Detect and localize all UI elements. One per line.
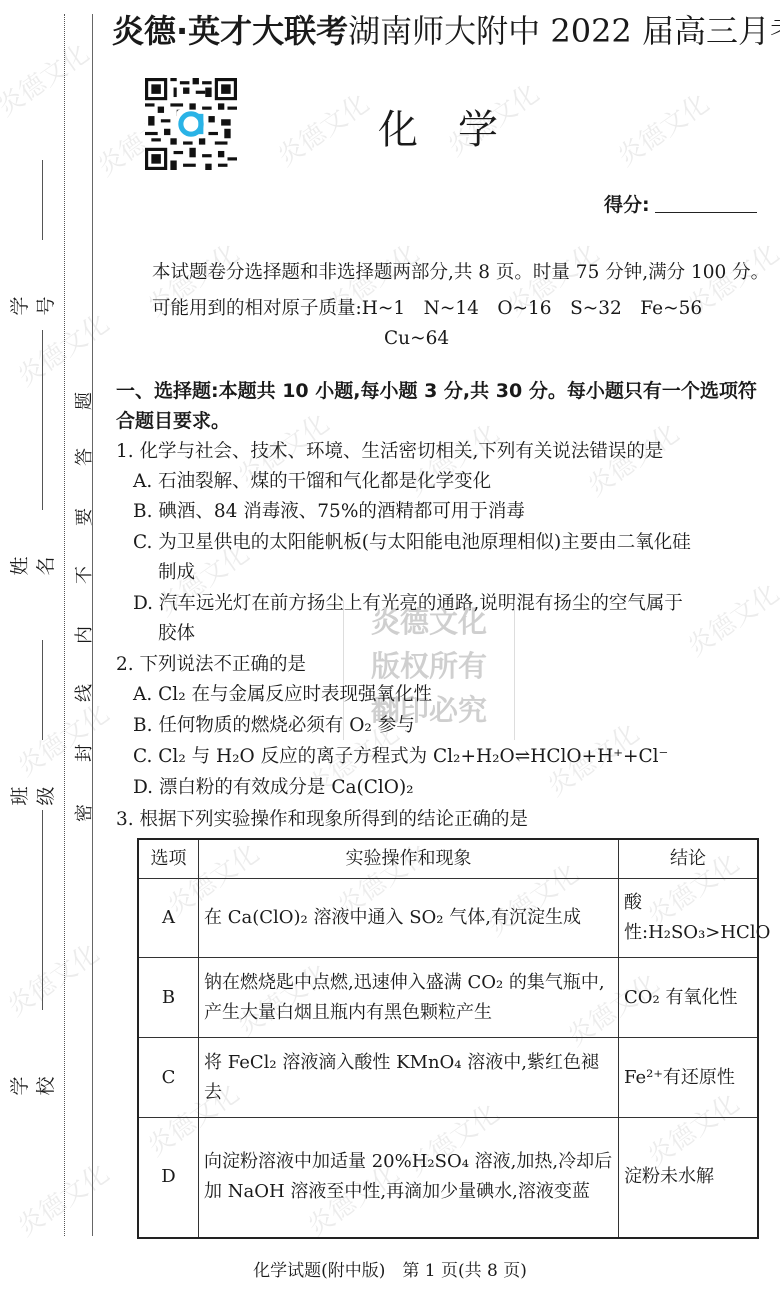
- section-heading-cont: 合题目要求。: [116, 406, 230, 433]
- question-1-option-b[interactable]: B. 碘酒、84 消毒液、75%的酒精都可用于消毒: [133, 497, 525, 523]
- seal-char: 封: [70, 742, 96, 764]
- row-conclusion: 酸性:H₂SO₃>HClO: [619, 879, 759, 958]
- question-2-option-b[interactable]: B. 任何物质的燃烧必须有 O₂ 参与: [133, 711, 415, 737]
- student-id-field-line-2[interactable]: [42, 330, 43, 430]
- dotted-cut-line: [64, 14, 65, 1236]
- exam-title: 炎德·英才大联考湖南师大附中 2022 届高三月考试卷(一): [112, 6, 780, 52]
- table-row[interactable]: D 向淀粉溶液中加适量 20%H₂SO₄ 溶液,加热,冷却后加 NaOH 溶液至…: [138, 1118, 758, 1238]
- seal-char: 不: [70, 564, 96, 586]
- intro-line: 本试题卷分选择题和非选择题两部分,共 8 页。时量 75 分钟,满分 100 分…: [152, 258, 769, 284]
- question-1-option-c[interactable]: C. 为卫星供电的太阳能帆板(与太阳能电池原理相似)主要由二氧化硅: [133, 528, 691, 554]
- table-header-option: 选项: [138, 839, 199, 879]
- watermark-text: 炎德文化: [0, 934, 105, 1024]
- qr-code[interactable]: [145, 78, 237, 170]
- question-2-option-a[interactable]: A. Cl₂ 在与金属反应时表现强氧化性: [133, 680, 432, 706]
- seal-char: 要: [70, 506, 96, 528]
- row-conclusion: 淀粉未水解: [619, 1118, 759, 1238]
- table-header-conclusion: 结论: [619, 839, 759, 879]
- student-id-field-line[interactable]: [42, 160, 43, 240]
- row-conclusion: CO₂ 有氧化性: [619, 958, 759, 1038]
- question-1-stem: 1. 化学与社会、技术、环境、生活密切相关,下列有关说法错误的是: [116, 437, 663, 463]
- row-operation: 将 FeCl₂ 溶液滴入酸性 KMnO₄ 溶液中,紫红色褪去: [199, 1038, 619, 1118]
- row-operation: 向淀粉溶液中加适量 20%H₂SO₄ 溶液,加热,冷却后加 NaOH 溶液至中性…: [199, 1118, 619, 1238]
- seal-char: 题: [70, 390, 96, 412]
- question-1-option-d-cont: 胶体: [158, 619, 195, 645]
- student-id-label: 学号: [20, 280, 46, 332]
- name-field-line[interactable]: [42, 420, 43, 510]
- score-label: 得分:: [604, 190, 650, 217]
- seal-char: 答: [70, 446, 96, 468]
- watermark-line: 炎德文化: [344, 600, 514, 644]
- score-field[interactable]: [655, 212, 757, 213]
- intro-atomic-masses-cont: Cu~64: [384, 328, 449, 349]
- table-header-operation: 实验操作和现象: [199, 839, 619, 879]
- question-2-option-c[interactable]: C. Cl₂ 与 H₂O 反应的离子方程式为 Cl₂+H₂O⇌HClO+H⁺+C…: [133, 742, 668, 768]
- table-row[interactable]: C 将 FeCl₂ 溶液滴入酸性 KMnO₄ 溶液中,紫红色褪去 Fe²⁺有还原…: [138, 1038, 758, 1118]
- table-row[interactable]: A 在 Ca(ClO)₂ 溶液中通入 SO₂ 气体,有沉淀生成 酸性:H₂SO₃…: [138, 879, 758, 958]
- seal-char: 线: [70, 682, 96, 704]
- page-footer: 化学试题(附中版) 第 1 页(共 8 页): [0, 1256, 780, 1281]
- question-1-option-a[interactable]: A. 石油裂解、煤的干馏和气化都是化学变化: [133, 467, 491, 493]
- class-field-line[interactable]: [42, 810, 43, 1010]
- brand-name: 炎德·英才大联考: [112, 12, 348, 50]
- watermark-text: 炎德文化: [679, 574, 780, 664]
- question-2-stem: 2. 下列说法不正确的是: [116, 650, 306, 676]
- question-3-stem: 3. 根据下列实验操作和现象所得到的结论正确的是: [116, 805, 528, 831]
- row-option: C: [138, 1038, 199, 1118]
- row-option: A: [138, 879, 199, 958]
- name-field-line-2[interactable]: [42, 640, 43, 740]
- table-header-row: 选项 实验操作和现象 结论: [138, 839, 758, 879]
- row-operation: 钠在燃烧匙中点燃,迅速伸入盛满 CO₂ 的集气瓶中,产生大量白烟且瓶内有黑色颗粒…: [199, 958, 619, 1038]
- watermark-text: 炎德文化: [609, 84, 715, 174]
- name-label: 姓名: [20, 540, 46, 592]
- row-operation: 在 Ca(ClO)₂ 溶液中通入 SO₂ 气体,有沉淀生成: [199, 879, 619, 958]
- row-option: D: [138, 1118, 199, 1238]
- table-row[interactable]: B 钠在燃烧匙中点燃,迅速伸入盛满 CO₂ 的集气瓶中,产生大量白烟且瓶内有黑色…: [138, 958, 758, 1038]
- question-1-option-c-cont: 制成: [158, 558, 195, 584]
- seal-char: 内: [70, 624, 96, 646]
- subject-title: 化学: [378, 98, 538, 155]
- watermark-text: 炎德文化: [0, 34, 95, 124]
- seal-char: 密: [70, 802, 96, 824]
- school-exam-title: 湖南师大附中 2022 届高三月考试卷(一): [348, 12, 780, 50]
- school-label: 学校: [20, 1060, 46, 1112]
- watermark-text: 炎德文化: [9, 1154, 115, 1244]
- qr-code-icon: [145, 78, 237, 170]
- row-option: B: [138, 958, 199, 1038]
- section-heading: 一、选择题:本题共 10 小题,每小题 3 分,共 30 分。每小题只有一个选项…: [116, 376, 757, 403]
- row-conclusion: Fe²⁺有还原性: [619, 1038, 759, 1118]
- question-2-option-d[interactable]: D. 漂白粉的有效成分是 Ca(ClO)₂: [133, 773, 414, 799]
- watermark-text: 炎德文化: [269, 84, 375, 174]
- experiment-table: 选项 实验操作和现象 结论 A 在 Ca(ClO)₂ 溶液中通入 SO₂ 气体,…: [137, 838, 759, 1239]
- intro-atomic-masses: 可能用到的相对原子质量:H~1 N~14 O~16 S~32 Fe~56: [152, 294, 702, 320]
